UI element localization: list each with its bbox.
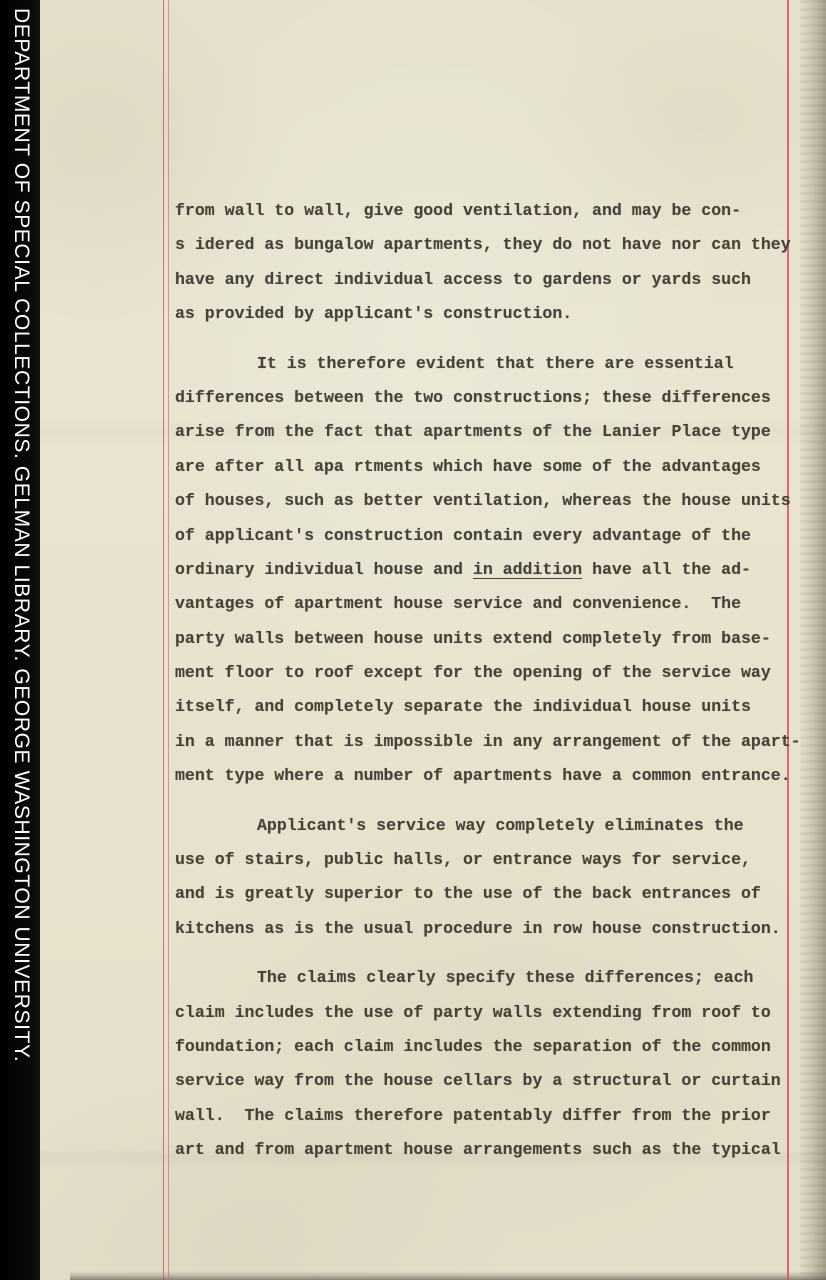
text-line: and is greatly superior to the use of th…: [175, 877, 803, 911]
text-line: as provided by applicant's construction.: [175, 297, 803, 331]
text-line: have any direct individual access to gar…: [175, 263, 803, 297]
text-line: vantages of apartment house service and …: [175, 587, 803, 621]
text-line: are after all apa rtments which have som…: [175, 450, 803, 484]
typewritten-body: from wall to wall, give good ventilation…: [175, 194, 803, 1168]
text-line: from wall to wall, give good ventilation…: [175, 194, 803, 228]
archive-stamp-label: DEPARTMENT OF SPECIAL COLLECTIONS. GELMA…: [9, 8, 33, 1062]
text-line: in a manner that is impossible in any ar…: [175, 725, 803, 759]
text-line: itself, and completely separate the indi…: [175, 690, 803, 724]
text-line-with-underline: ordinary individual house and in additio…: [175, 553, 803, 587]
text-segment: ordinary individual house and: [175, 560, 473, 579]
text-line: ment floor to roof except for the openin…: [175, 656, 803, 690]
paragraph-3: Applicant's service way completely elimi…: [175, 809, 803, 947]
underlined-phrase: in addition: [473, 560, 582, 579]
text-line: ment type where a number of apartments h…: [175, 759, 803, 793]
paper-right-edge: [800, 0, 826, 1280]
text-segment: have all the ad-: [582, 560, 751, 579]
text-line: s idered as bungalow apartments, they do…: [175, 228, 803, 262]
paper-bottom-edge: [70, 1271, 826, 1280]
text-line: arise from the fact that apartments of t…: [175, 415, 803, 449]
paragraph-2: It is therefore evident that there are e…: [175, 347, 803, 794]
left-margin-rule: [163, 0, 169, 1280]
text-line: differences between the two construction…: [175, 381, 803, 415]
text-line: It is therefore evident that there are e…: [175, 347, 803, 381]
archive-stamp-bar: DEPARTMENT OF SPECIAL COLLECTIONS. GELMA…: [0, 0, 40, 1280]
text-line: use of stairs, public halls, or entrance…: [175, 843, 803, 877]
scanned-page: from wall to wall, give good ventilation…: [0, 0, 826, 1280]
paragraph-1: from wall to wall, give good ventilation…: [175, 194, 803, 332]
text-line: The claims clearly specify these differe…: [175, 961, 803, 995]
text-line: claim includes the use of party walls ex…: [175, 996, 803, 1030]
text-line: of houses, such as better ventilation, w…: [175, 484, 803, 518]
text-line: art and from apartment house arrangement…: [175, 1133, 803, 1167]
paragraph-4: The claims clearly specify these differe…: [175, 961, 803, 1167]
text-line: foundation; each claim includes the sepa…: [175, 1030, 803, 1064]
text-line: service way from the house cellars by a …: [175, 1064, 803, 1098]
text-line: party walls between house units extend c…: [175, 622, 803, 656]
text-line: of applicant's construction contain ever…: [175, 519, 803, 553]
text-line: kitchens as is the usual procedure in ro…: [175, 912, 803, 946]
text-line: wall. The claims therefore patentably di…: [175, 1099, 803, 1133]
text-line: Applicant's service way completely elimi…: [175, 809, 803, 843]
